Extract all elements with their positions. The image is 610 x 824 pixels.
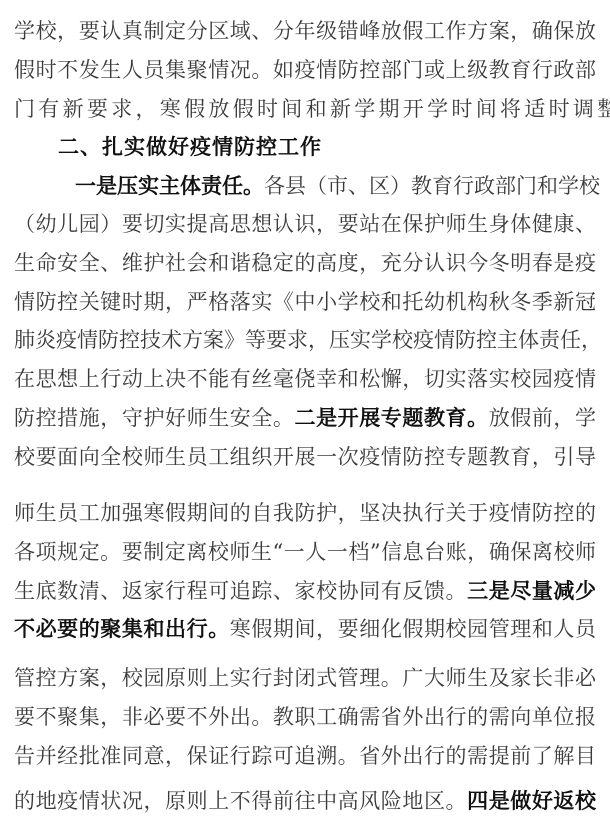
paragraph-line: 肺炎疫情防控技术方案》等要求，压实学校疫情防控主体责任，	[14, 325, 596, 355]
paragraph-line: （幼儿园）要切实提高思想认识，要站在保护师生身体健康、	[14, 209, 596, 239]
document-page: 学校，要认真制定分区域、分年级错峰放假工作方案，确保放 假时不发生人员集聚情况。…	[0, 0, 610, 824]
bold-lead: 一是压实主体责任。	[75, 174, 264, 198]
line-text: 生底数清、返家行程可追踪、家校协同有反馈。	[14, 579, 467, 603]
paragraph-line: 假时不发生人员集聚情况。如疫情防控部门或上级教育行政部	[14, 55, 596, 85]
line-text: 的地疫情状况，原则上不得前往中高风险地区。	[14, 789, 467, 813]
paragraph-line: 不必要的聚集和出行。寒假期间，要细化假期校园管理和人员	[14, 614, 596, 644]
paragraph-line: 生底数清、返家行程可追踪、家校协同有反馈。三是尽量减少	[14, 576, 596, 606]
paragraph-line: 告并经批准同意，保证行踪可追溯。省外出行的需提前了解目	[14, 741, 596, 771]
bold-lead: 不必要的聚集和出行。	[14, 617, 230, 641]
paragraph-line: 一是压实主体责任。各县（市、区）教育行政部门和学校	[75, 171, 596, 201]
bold-lead: 三是尽量减少	[467, 579, 596, 603]
paragraph-line: 各项规定。要制定离校师生“一人一档”信息台账，确保离校师	[14, 537, 596, 567]
paragraph-line: 情防控关键时期，严格落实《中小学校和托幼机构秋冬季新冠	[14, 287, 596, 317]
paragraph-line: 生命安全、维护社会和谐稳定的高度，充分认识今冬明春是疫	[14, 248, 596, 278]
line-text: 防控措施，守护好师生安全。	[14, 406, 295, 430]
paragraph-line: 要不聚集，非必要不外出。教职工确需省外出行的需向单位报	[14, 702, 596, 732]
line-text: 寒假期间，要细化假期校园管理和人员	[230, 617, 596, 641]
bold-lead: 四是做好返校	[467, 789, 596, 813]
line-text: 各县（市、区）教育行政部门和学校	[264, 174, 600, 198]
bold-lead: 二是开展专题教育。	[295, 406, 489, 430]
paragraph-line: 的地疫情状况，原则上不得前往中高风险地区。四是做好返校	[14, 786, 596, 816]
paragraph-line: 校要面向全校师生员工组织开展一次疫情防控专题教育，引导	[14, 442, 596, 472]
paragraph-line: 管控方案，校园原则上实行封闭式管理。广大师生及家长非必	[14, 663, 596, 693]
section-heading: 二、扎实做好疫情防控工作	[58, 132, 322, 162]
paragraph-line: 门有新要求，寒假放假时间和新学期开学时间将适时调整。	[14, 94, 596, 124]
paragraph-line: 师生员工加强寒假期间的自我防护，坚决执行关于疫情防控的	[14, 498, 596, 528]
paragraph-line: 在思想上行动上决不能有丝毫侥幸和松懈，切实落实校园疫情	[14, 364, 596, 394]
line-text: 放假前，学	[489, 406, 596, 430]
paragraph-line: 防控措施，守护好师生安全。二是开展专题教育。放假前，学	[14, 403, 596, 433]
paragraph-line: 学校，要认真制定分区域、分年级错峰放假工作方案，确保放	[14, 16, 596, 46]
